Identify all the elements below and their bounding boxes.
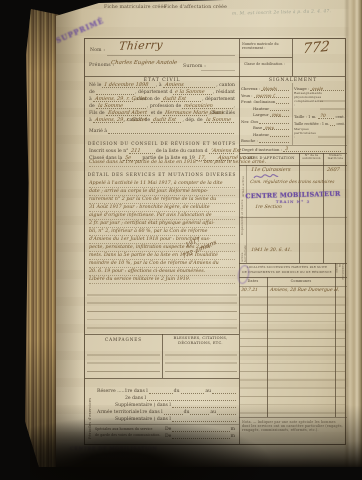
territoriale-suppl-label: Supplémentaire ) dans l	[115, 417, 171, 422]
taille-rect-row: Taille rectifiée : 1 m. cent.	[294, 120, 345, 126]
corps-col-divider-1	[299, 153, 300, 263]
stamp-handwritten-note: 1re Section	[255, 205, 282, 210]
civil-line-7: Marié à	[89, 127, 235, 134]
centre-mobilisateur-stamp-line2: TRAIN N° 3	[240, 199, 346, 204]
civil-line-1: Né le 1 décembre 1898 , à Amiens , canto…	[89, 81, 235, 88]
yeux-label: Yeux :	[241, 93, 253, 98]
matricule-label: Numéro matricule du recrutement :	[242, 42, 289, 50]
nez-row-2: Base moy.	[253, 124, 290, 130]
matricule-value: 772	[302, 39, 330, 57]
reserve-row-3: Supplémentaire ) dans l	[115, 401, 237, 408]
register-page: Fiche matriculaire créée Fiche d'affecta…	[56, 0, 362, 467]
remark-note: Nota. — Indiquer par une note spéciale l…	[242, 420, 344, 432]
cheveux-value: blonds	[263, 86, 278, 91]
nez-hauteur-label: Hauteur	[253, 132, 269, 137]
signalement-divider	[292, 83, 293, 145]
speciales-field-2	[172, 438, 229, 439]
localites-header-rule	[239, 277, 347, 278]
degre-field: 3	[283, 151, 341, 152]
service-line: bli, n° 2, inférieur à 60 %, par la Con …	[89, 228, 235, 236]
localites-col-communes: Communes	[269, 279, 333, 283]
service-line: rairement n° 2 par la Con de réforme de …	[89, 196, 235, 204]
bouche-label: Bouche :	[241, 138, 258, 143]
cheveux-label: Cheveux :	[241, 86, 260, 91]
service-line: mets. Dans la 5e partie de la liste en 1…	[89, 252, 235, 260]
speciales-row-2: De m	[165, 433, 235, 439]
reserve-label: Réserve .....	[97, 389, 125, 394]
nez-base-value: moy.	[265, 125, 275, 130]
dom-a-label: à	[89, 118, 92, 123]
scanned-register-photo: Fiche matriculaire créée Fiche d'affecta…	[0, 0, 362, 480]
matricule-box-divider	[292, 39, 293, 76]
service-line: Libéré du service militaire le 2 Juin 19…	[89, 276, 235, 284]
campagnes-header: CAMPAGNES	[85, 337, 162, 342]
civil-line-3: à Amiens, 29, r. Gallet , canton de dudi…	[89, 95, 235, 102]
bouche-row: Bouche :	[241, 137, 290, 143]
civil-line-6: à Amiens, 29, r. Gallet , canton de dudi…	[89, 116, 235, 123]
corps-mid-rule	[239, 217, 347, 218]
services-block: Appelé à l'activité le 11 Mai 1917, à co…	[89, 180, 235, 284]
bouche-field	[259, 142, 289, 143]
surnom-label: Surnom :	[183, 64, 206, 69]
corps-row1-matricule: 2607	[327, 167, 340, 173]
speciales-m-2: m	[231, 434, 235, 439]
civil-line-4: de la Somme , profession de mécanicien ,	[89, 102, 235, 109]
matricule-row-rule	[239, 57, 292, 58]
nom-label: Nom :	[90, 48, 105, 53]
yeux-value: marron f.	[255, 93, 275, 98]
speciales-de-2: De	[165, 434, 171, 439]
taille-rect-label: Taille rectifiée : 1 m.	[294, 122, 329, 126]
speciales-m-1: m	[231, 427, 235, 432]
speciales-label-2: de garde des voies de communication.	[95, 433, 161, 437]
nez-row-3: Hauteur	[253, 131, 290, 137]
marie-label: Marié à	[89, 129, 107, 134]
services-title: DÉTAIL DES SERVICES ET MUTATIONS DIVERSE…	[85, 172, 239, 177]
nom-rule	[107, 55, 235, 56]
corps-header-rule	[239, 165, 347, 166]
localites-side-label: Subdivision de région	[335, 264, 344, 277]
nez-label: Nez :	[241, 119, 251, 124]
front-row-3: Largeur moy.	[253, 111, 290, 117]
decision-line-1: Inscrit sous le n° 211 de la liste du ca…	[89, 147, 235, 154]
blank-ruled-lines	[87, 287, 237, 331]
localites-grid-lines	[240, 289, 346, 417]
front-largeur-label: Largeur	[253, 112, 269, 117]
territoriale-suppl-field	[172, 421, 236, 422]
service-line: aiguë d'origine infectieuse. Par avis l'…	[89, 212, 235, 220]
service-line: date ; arrivé au corps le dit jour. Réfo…	[89, 188, 235, 196]
degre-row: Degré d'instruction : 3	[242, 146, 342, 152]
front-row-2: Hauteur	[253, 105, 290, 111]
dom-dep-value: la Somme	[205, 117, 231, 123]
front-hauteur-label: Hauteur	[253, 106, 269, 111]
localites-colhdr-rule	[239, 286, 347, 287]
speciales-field-1	[172, 431, 229, 432]
renseignements-lines	[320, 93, 345, 110]
front-inclinaison-label: Inclinaison	[254, 99, 275, 104]
corps-row2-value: Com. régulatrice des trains sanitaires	[250, 180, 343, 186]
corps-note: 1941 le 30. 6. 41.	[251, 248, 292, 253]
periodes-side-label: Périodes d'exercices	[88, 377, 92, 439]
cheveux-row: Cheveux : blonds	[241, 85, 290, 91]
taille-row: Taille : 1 m. 70 cent.	[294, 113, 345, 119]
reserve-row-2: 2e dans l	[125, 394, 237, 401]
decision-line-3: Classé dans la 1re partie de la liste en…	[89, 159, 235, 167]
campagnes-lines	[87, 347, 160, 377]
taille-rect-field	[330, 125, 335, 126]
remark-top-rule	[239, 417, 347, 418]
dom-value: Amiens, 29, r. Gallet	[94, 117, 146, 123]
taille-field: 70	[318, 118, 335, 119]
surnom-rule	[201, 70, 235, 71]
speciales-row-1: De m	[165, 426, 235, 432]
civil-line-2: de , département d e la Somme , résidant	[89, 88, 235, 95]
corps-col-divider-2	[323, 153, 324, 263]
civil-line-5: Fils de Edouard Albert et de Hermance Ma…	[89, 109, 235, 116]
speciales-top-rule	[85, 424, 239, 425]
header-bottom-rule	[85, 76, 345, 77]
nez-row-1: Nez : Dos	[241, 118, 290, 124]
corps-col-subdivision: N° de la subdivision	[301, 154, 322, 161]
service-line: 31 Août 1917 pour : bronchite légère, de…	[89, 204, 235, 212]
degre-label: Degré d'instruction :	[242, 147, 282, 152]
prenoms-value: Charles Eugène Anatole	[111, 60, 178, 66]
classe-mobilisation-label: Classe de mobilisation :	[244, 62, 288, 66]
blessures-lines	[165, 347, 237, 377]
front-largeur-value: moy.	[271, 112, 281, 117]
dom-field: Amiens, 29, r. Gallet	[93, 122, 123, 123]
fiche-matricule-form: Nom : Thierry Prénoms : Charles Eugène A…	[84, 38, 346, 445]
service-line: 2 fr. par jour ; certificat état physiqu…	[89, 220, 235, 228]
page-fold-edge	[344, 0, 362, 467]
reserve-row-1: Réserve ..... 1re dans l du au	[97, 387, 237, 394]
renseignements-label: Renseignements physionomiques complément…	[294, 92, 318, 108]
nez-dos-label: Dos	[251, 119, 258, 124]
service-line: Appelé à l'activité le 11 Mai 1917, à co…	[89, 180, 235, 188]
marques-lines	[318, 129, 345, 143]
marie-field	[108, 133, 234, 134]
territoriale-row-1: Armée territoriale 1re dans l du au	[97, 408, 237, 415]
blessures-header-2: DÉCORATIONS, ETC.	[162, 341, 239, 345]
marques-label: Marques particulières :	[294, 128, 316, 140]
campagnes-bottom-rule	[85, 378, 239, 379]
nez-base-label: Base	[253, 125, 262, 130]
signalement-title: SIGNALEMENT	[239, 78, 347, 83]
taille-label: Taille : 1 m.	[294, 114, 317, 119]
decision-title: DÉCISION DU CONSEIL DE RÉVISION ET MOTIF…	[85, 141, 239, 146]
dom-canton-field: dudit Est	[151, 122, 181, 123]
corps-col-matricule: Numéro matricule	[325, 154, 346, 161]
front-label: Front :	[241, 99, 254, 104]
service-line: 20. 6. 19 pour : affections ci-dessus én…	[89, 268, 235, 276]
yeux-row: Yeux : marron f.	[241, 92, 290, 98]
speciales-de-1: De	[165, 427, 171, 432]
dom-dep-label: , dép. de	[182, 118, 202, 123]
territoriale-row-2: Supplémentaire ) dans l	[115, 415, 237, 422]
taille-value: 70	[319, 114, 325, 119]
speciales-label-1: Spéciales aux hommes du service	[95, 427, 152, 431]
service-line: moindre de 10 %, par la Con de réforme d…	[89, 260, 235, 268]
corps-header: CORPS D'AFFECTATION	[239, 156, 299, 160]
localites-header-2: DE CHANGEMENTS DE DOMICILE OU DE RÉSIDEN…	[241, 271, 333, 275]
localites-top-rule	[239, 263, 347, 264]
dom-canton-value: dudit Est	[153, 117, 177, 123]
fiche-type-note-right: Fiche d'affectation créée	[164, 5, 227, 10]
pencil-annotation: m. M. est inscrit 2e liste à p. du 2. 4.…	[232, 8, 360, 16]
bottom-stamp-line1: CENTRE DE MOBILISATION	[70, 446, 157, 452]
dom-dep-field: la Somme	[204, 122, 234, 123]
blessures-header-1: BLESSURES, CITATIONS,	[162, 336, 239, 340]
front-row-1: Front : Inclinaison	[241, 98, 290, 104]
corps-side-label-territoriale: Armée territoriale	[241, 236, 247, 262]
nom-value: Thierry	[118, 38, 164, 53]
fiche-type-note-left: Fiche matriculaire créée	[104, 5, 166, 10]
degre-value: 3	[285, 147, 289, 152]
bottom-stamp-line2: N° 2 — AMIENS	[80, 453, 130, 459]
